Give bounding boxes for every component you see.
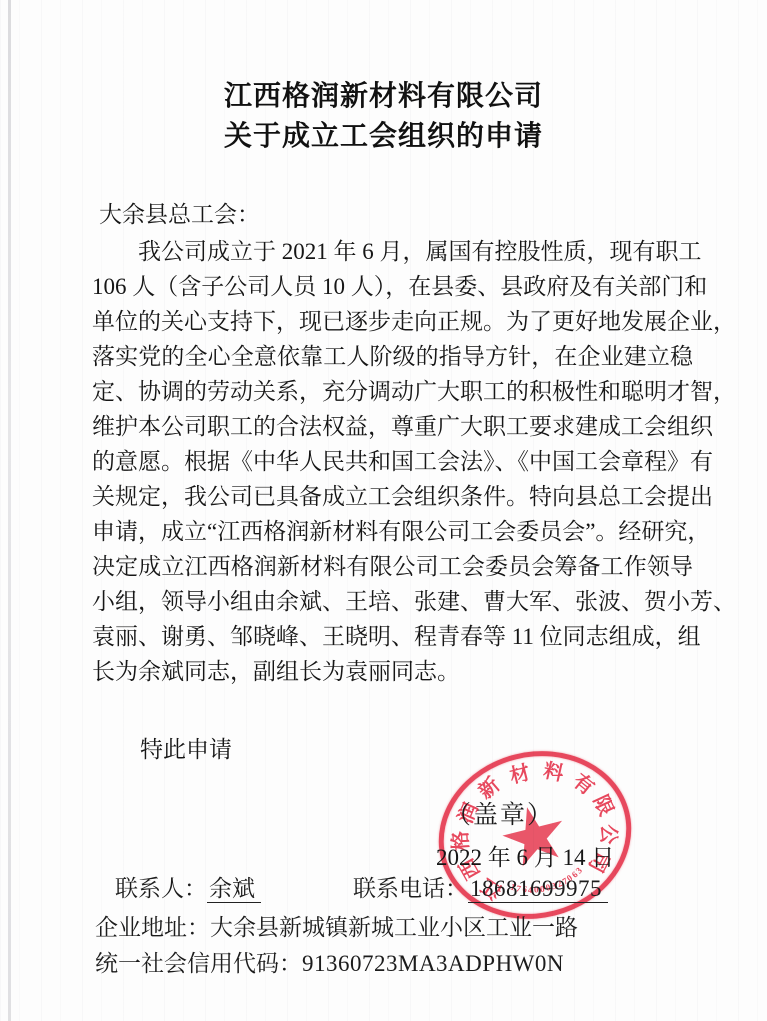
contact-label: 联系人：: [115, 876, 207, 901]
contact-row: 联系人：余斌联系电话：18681699975: [115, 870, 608, 903]
body-line: 单位的关心支持下，现已逐步走向正规。为了更好地发展企业，: [92, 304, 693, 339]
body-line: 的意愿。根据《中华人民共和国工会法》、《中国工会章程》有: [92, 444, 693, 479]
body-line: 决定成立江西格润新材料有限公司工会委员会筹备工作领导: [92, 549, 693, 584]
phone-label: 联系电话：: [353, 876, 468, 901]
salutation: 大余县总工会：: [99, 196, 260, 229]
body-line: 我公司成立于 2021 年 6 月，属国有控股性质，现有职工: [92, 234, 693, 269]
seal-placeholder-label: （盖章）: [446, 795, 554, 831]
title-line-2: 关于成立工会组织的申请: [0, 116, 767, 156]
body-line: 袁丽、谢勇、邹晓峰、王晓明、程青春等 11 位同志组成，组: [92, 619, 693, 654]
seal-ring-text: 江西格润新材料有限公司: [418, 729, 610, 777]
document-date: 2022 年 6 月 14 日: [436, 839, 614, 872]
body-paragraph: 我公司成立于 2021 年 6 月，属国有控股性质，现有职工106 人（含子公司…: [92, 234, 693, 689]
closing-phrase: 特此申请: [140, 731, 232, 764]
body-line: 小组，领导小组由余斌、王培、张建、曹大军、张波、贺小芳、: [92, 584, 693, 619]
credit-code-label: 统一社会信用代码：: [95, 951, 302, 976]
body-line: 申请，成立“江西格润新材料有限公司工会委员会”。经研究，: [92, 514, 693, 549]
phone-number: 18681699975: [468, 876, 608, 903]
credit-code-value: 91360723MA3ADPHW0N: [302, 951, 564, 976]
contact-name: 余斌: [207, 876, 261, 903]
credit-code-row: 统一社会信用代码：91360723MA3ADPHW0N: [95, 945, 564, 978]
body-line: 关规定，我公司已具备成立工会组织条件。特向县总工会提出: [92, 479, 693, 514]
body-line: 落实党的全心全意依靠工人阶级的指导方针，在企业建立稳: [92, 339, 693, 374]
title-line-1: 江西格润新材料有限公司: [0, 76, 767, 116]
seal-ring-char: 有: [568, 769, 599, 800]
body-line: 106 人（含子公司人员 10 人），在县委、县政府及有关部门和: [92, 269, 693, 304]
body-line: 维护本公司职工的合法权益，尊重广大职工要求建成工会组织: [92, 409, 693, 444]
body-line: 长为余斌同志，副组长为袁丽同志。: [92, 654, 693, 689]
seal-ring: [421, 731, 649, 939]
seal-serial-number: 3607230004671: [418, 729, 610, 777]
document-title: 江西格润新材料有限公司 关于成立工会组织的申请: [0, 76, 767, 156]
company-address: 企业地址：大余县新城镇新城工业小区工业一路: [95, 909, 578, 942]
seal-ring-char: 限: [588, 792, 617, 821]
body-line: 定、协调的劳动关系，充分调动广大职工的积极性和聪明才智，: [92, 374, 693, 409]
seal-ring-char: 料: [540, 760, 566, 786]
seal-ring-char: 材: [507, 762, 534, 789]
document-page: 江西格润新材料有限公司 关于成立工会组织的申请 大余县总工会： 我公司成立于 2…: [0, 0, 767, 1021]
